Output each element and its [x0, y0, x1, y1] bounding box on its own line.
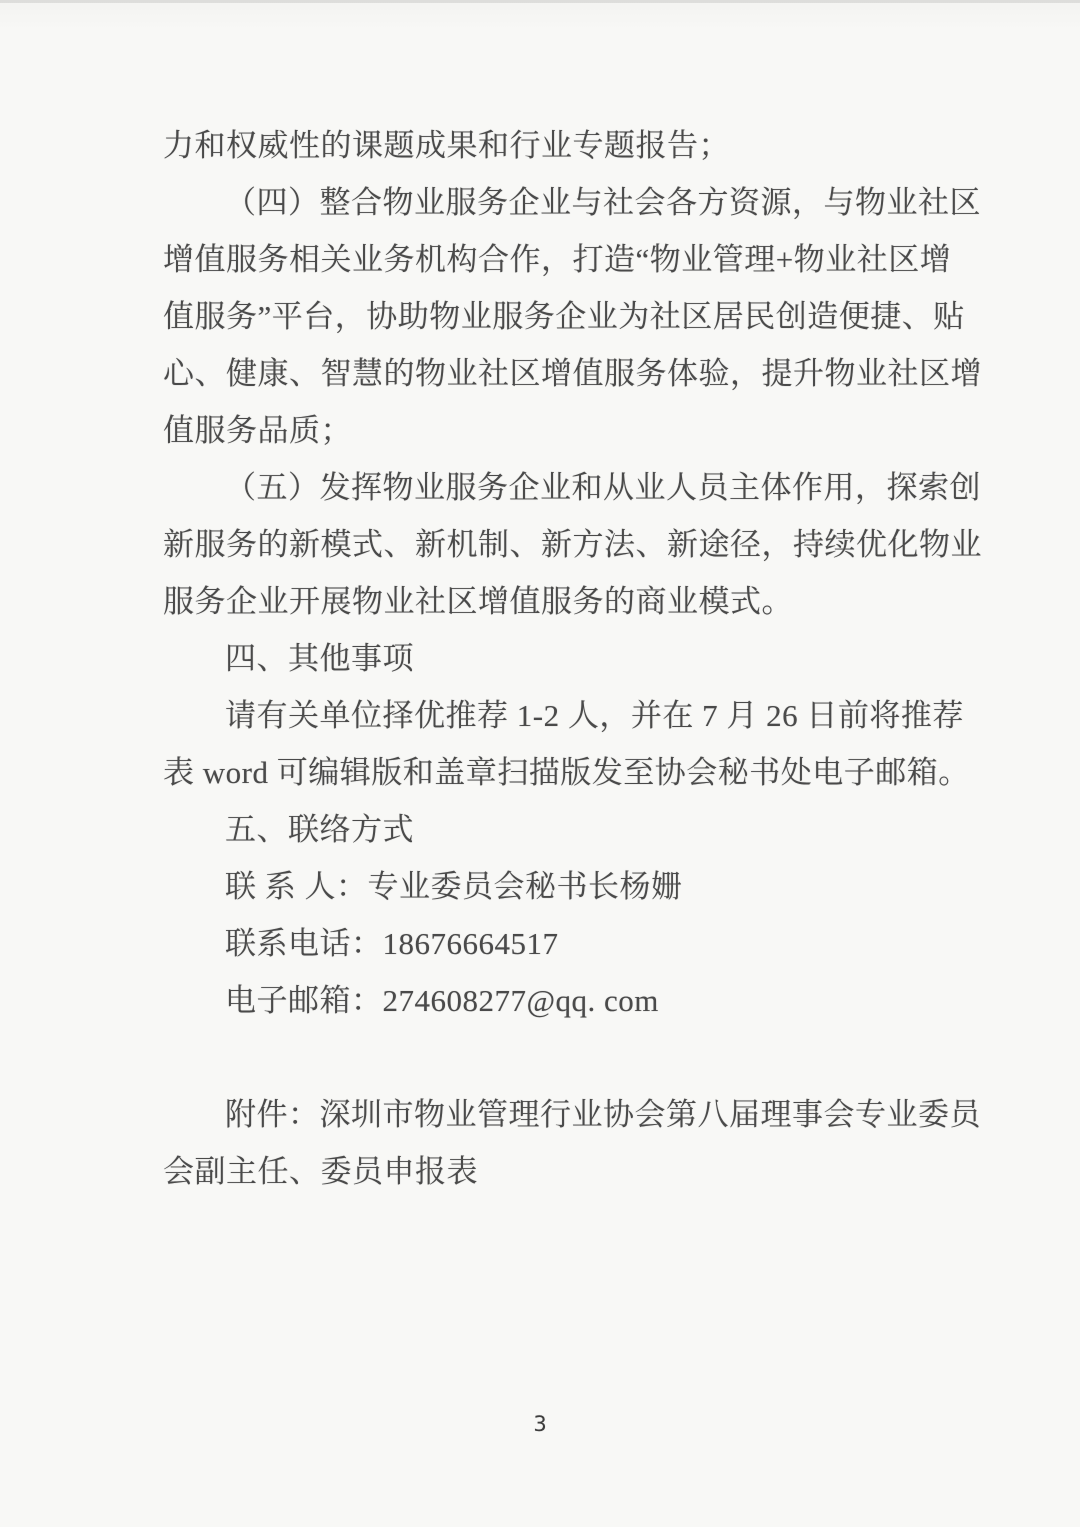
item-four-paragraph-line: 增值服务相关业务机构合作，打造“物业管理+物业社区增 [163, 231, 925, 288]
item-four-paragraph-line: 值服务”平台，协助物业服务企业为社区居民创造便捷、贴 [163, 288, 925, 345]
page-number: 3 [0, 1412, 1080, 1436]
item-five-paragraph-line: 服务企业开展物业社区增值服务的商业模式。 [163, 573, 925, 630]
contact-person-line: 联 系 人：专业委员会秘书长杨姗 [163, 858, 925, 915]
paragraph-continuation-line: 力和权威性的课题成果和行业专题报告； [163, 117, 925, 174]
scan-top-edge [0, 0, 1080, 3]
item-four-paragraph-line: 心、健康、智慧的物业社区增值服务体验，提升物业社区增 [163, 345, 925, 402]
contact-email-line: 电子邮箱：274608277@qq. com [163, 972, 925, 1029]
item-four-paragraph-line: 值服务品质； [163, 402, 925, 459]
item-four-paragraph-line: （四）整合物业服务企业与社会各方资源，与物业社区 [163, 174, 925, 231]
other-matters-paragraph-line: 请有关单位择优推荐 1-2 人，并在 7 月 26 日前将推荐 [163, 687, 925, 744]
item-five-paragraph-line: 新服务的新模式、新机制、新方法、新途径，持续优化物业 [163, 516, 925, 573]
document-page: 力和权威性的课题成果和行业专题报告； （四）整合物业服务企业与社会各方资源，与物… [163, 117, 925, 1200]
section-heading-other-matters: 四、其他事项 [163, 630, 925, 687]
other-matters-paragraph-line: 表 word 可编辑版和盖章扫描版发至协会秘书处电子邮箱。 [163, 744, 925, 801]
section-heading-contact: 五、联络方式 [163, 801, 925, 858]
item-five-paragraph-line: （五）发挥物业服务企业和从业人员主体作用，探索创 [163, 459, 925, 516]
contact-phone-line: 联系电话：18676664517 [163, 915, 925, 972]
attachment-line: 附件：深圳市物业管理行业协会第八届理事会专业委员 [163, 1086, 925, 1143]
attachment-line: 会副主任、委员申报表 [163, 1143, 925, 1200]
blank-line [163, 1029, 925, 1086]
